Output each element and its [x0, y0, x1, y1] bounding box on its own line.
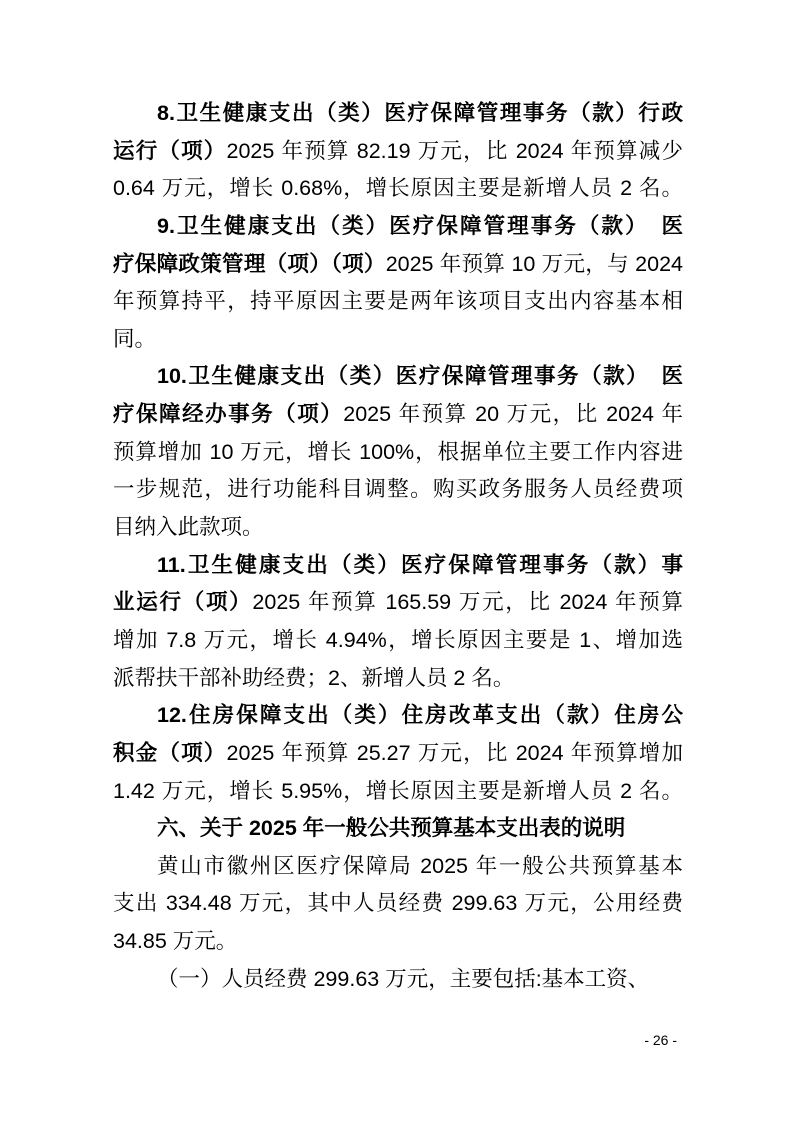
- text-line: 10.卫生健康支出（类）医疗保障管理事务（款） 医: [113, 358, 683, 396]
- text-line: 34.85 万元。: [113, 923, 683, 961]
- text-line: 积金（项）2025 年预算 25.27 万元，比 2024 年预算增加: [113, 735, 683, 773]
- regular-text-segment: 派帮扶干部补助经费；2、新增人员 2 名。: [113, 666, 514, 690]
- regular-text-segment: 2025 年预算 20 万元，比 2024 年: [343, 402, 683, 426]
- regular-text-segment: 34.85 万元。: [113, 929, 237, 953]
- paragraph-personnel-expense-intro: （一）人员经费 299.63 万元，主要包括:基本工资、: [113, 961, 683, 999]
- text-line: 1.42 万元，增长 5.95%，增长原因主要是新增人员 2 名。: [113, 773, 683, 811]
- bold-text-segment: 8.卫生健康支出（类）医疗保障管理事务（款）行政: [157, 101, 683, 125]
- bold-text-segment: 疗保障经办事务（项）: [113, 402, 343, 426]
- regular-text-segment: 目纳入此款项。: [113, 515, 264, 539]
- regular-text-segment: 预算增加 10 万元，增长 100%，根据单位主要工作内容进: [113, 440, 683, 464]
- text-line: 疗保障政策管理（项）（项）2025 年预算 10 万元，与 2024: [113, 246, 683, 284]
- text-line: 0.64 万元，增长 0.68%，增长原因主要是新增人员 2 名。: [113, 170, 683, 208]
- regular-text-segment: 1.42 万元，增长 5.95%，增长原因主要是新增人员 2 名。: [113, 779, 683, 803]
- regular-text-segment: 年预算持平，持平原因主要是两年该项目支出内容基本相: [113, 289, 683, 313]
- regular-text-segment: 支出 334.48 万元，其中人员经费 299.63 万元，公用经费: [113, 891, 683, 915]
- text-line: 黄山市徽州区医疗保障局 2025 年一般公共预算基本: [113, 848, 683, 886]
- paragraph-basic-expenditure-summary: 黄山市徽州区医疗保障局 2025 年一般公共预算基本支出 334.48 万元，其…: [113, 848, 683, 961]
- document-page: 8.卫生健康支出（类）医疗保障管理事务（款）行政运行（项）2025 年预算 82…: [0, 0, 793, 1122]
- regular-text-segment: 增加 7.8 万元，增长 4.94%，增长原因主要是 1、增加选: [113, 628, 683, 652]
- text-line: 疗保障经办事务（项）2025 年预算 20 万元，比 2024 年: [113, 396, 683, 434]
- document-body: 8.卫生健康支出（类）医疗保障管理事务（款）行政运行（项）2025 年预算 82…: [113, 95, 683, 998]
- regular-text-segment: 一步规范，进行功能科目调整。购买政务服务人员经费项: [113, 477, 683, 501]
- regular-text-segment: 2025 年预算 10 万元，与 2024: [386, 252, 683, 276]
- regular-text-segment: 2025 年预算 165.59 万元，比 2024 年预算: [252, 590, 683, 614]
- regular-text-segment: 2025 年预算 82.19 万元，比 2024 年预算减少: [227, 139, 683, 163]
- regular-text-segment: 黄山市徽州区医疗保障局 2025 年一般公共预算基本: [157, 854, 683, 878]
- bold-text-segment: 业运行（项）: [113, 590, 252, 614]
- text-line: 年预算持平，持平原因主要是两年该项目支出内容基本相: [113, 283, 683, 321]
- regular-text-segment: 0.64 万元，增长 0.68%，增长原因主要是新增人员 2 名。: [113, 176, 683, 200]
- regular-text-segment: 同。: [113, 327, 156, 351]
- text-line: 8.卫生健康支出（类）医疗保障管理事务（款）行政: [113, 95, 683, 133]
- paragraph-item-9: 9.卫生健康支出（类）医疗保障管理事务（款） 医疗保障政策管理（项）（项）202…: [113, 208, 683, 359]
- bold-text-segment: 9.卫生健康支出（类）医疗保障管理事务（款） 医: [157, 214, 683, 238]
- text-line: 预算增加 10 万元，增长 100%，根据单位主要工作内容进: [113, 434, 683, 472]
- text-line: 业运行（项）2025 年预算 165.59 万元，比 2024 年预算: [113, 584, 683, 622]
- bold-text-segment: 六、关于 2025 年一般公共预算基本支出表的说明: [157, 816, 625, 840]
- text-line: 增加 7.8 万元，增长 4.94%，增长原因主要是 1、增加选: [113, 622, 683, 660]
- text-line: 目纳入此款项。: [113, 509, 683, 547]
- regular-text-segment: （一）人员经费 299.63 万元，主要包括:基本工资、: [157, 967, 649, 991]
- bold-text-segment: 10.卫生健康支出（类）医疗保障管理事务（款） 医: [157, 364, 683, 388]
- text-line: 六、关于 2025 年一般公共预算基本支出表的说明: [113, 810, 683, 848]
- text-line: 支出 334.48 万元，其中人员经费 299.63 万元，公用经费: [113, 885, 683, 923]
- text-line: 派帮扶干部补助经费；2、新增人员 2 名。: [113, 660, 683, 698]
- text-line: 11.卫生健康支出（类）医疗保障管理事务（款）事: [113, 547, 683, 585]
- paragraph-item-11: 11.卫生健康支出（类）医疗保障管理事务（款）事业运行（项）2025 年预算 1…: [113, 547, 683, 698]
- regular-text-segment: 2025 年预算 25.27 万元，比 2024 年预算增加: [227, 741, 683, 765]
- bold-text-segment: 疗保障政策管理（项）（项）: [113, 252, 386, 276]
- page-number: - 26 -: [0, 1029, 677, 1051]
- paragraph-item-10: 10.卫生健康支出（类）医疗保障管理事务（款） 医疗保障经办事务（项）2025 …: [113, 358, 683, 546]
- paragraph-item-12: 12.住房保障支出（类）住房改革支出（款）住房公积金（项）2025 年预算 25…: [113, 697, 683, 810]
- bold-text-segment: 运行（项）: [113, 139, 227, 163]
- text-line: 9.卫生健康支出（类）医疗保障管理事务（款） 医: [113, 208, 683, 246]
- bold-text-segment: 11.卫生健康支出（类）医疗保障管理事务（款）事: [157, 553, 683, 577]
- text-line: 12.住房保障支出（类）住房改革支出（款）住房公: [113, 697, 683, 735]
- bold-text-segment: 积金（项）: [113, 741, 227, 765]
- text-line: 运行（项）2025 年预算 82.19 万元，比 2024 年预算减少: [113, 133, 683, 171]
- paragraph-section-heading-6: 六、关于 2025 年一般公共预算基本支出表的说明: [113, 810, 683, 848]
- paragraph-item-8: 8.卫生健康支出（类）医疗保障管理事务（款）行政运行（项）2025 年预算 82…: [113, 95, 683, 208]
- text-line: 一步规范，进行功能科目调整。购买政务服务人员经费项: [113, 471, 683, 509]
- bold-text-segment: 12.住房保障支出（类）住房改革支出（款）住房公: [157, 703, 683, 727]
- text-line: 同。: [113, 321, 683, 359]
- text-line: （一）人员经费 299.63 万元，主要包括:基本工资、: [113, 961, 683, 999]
